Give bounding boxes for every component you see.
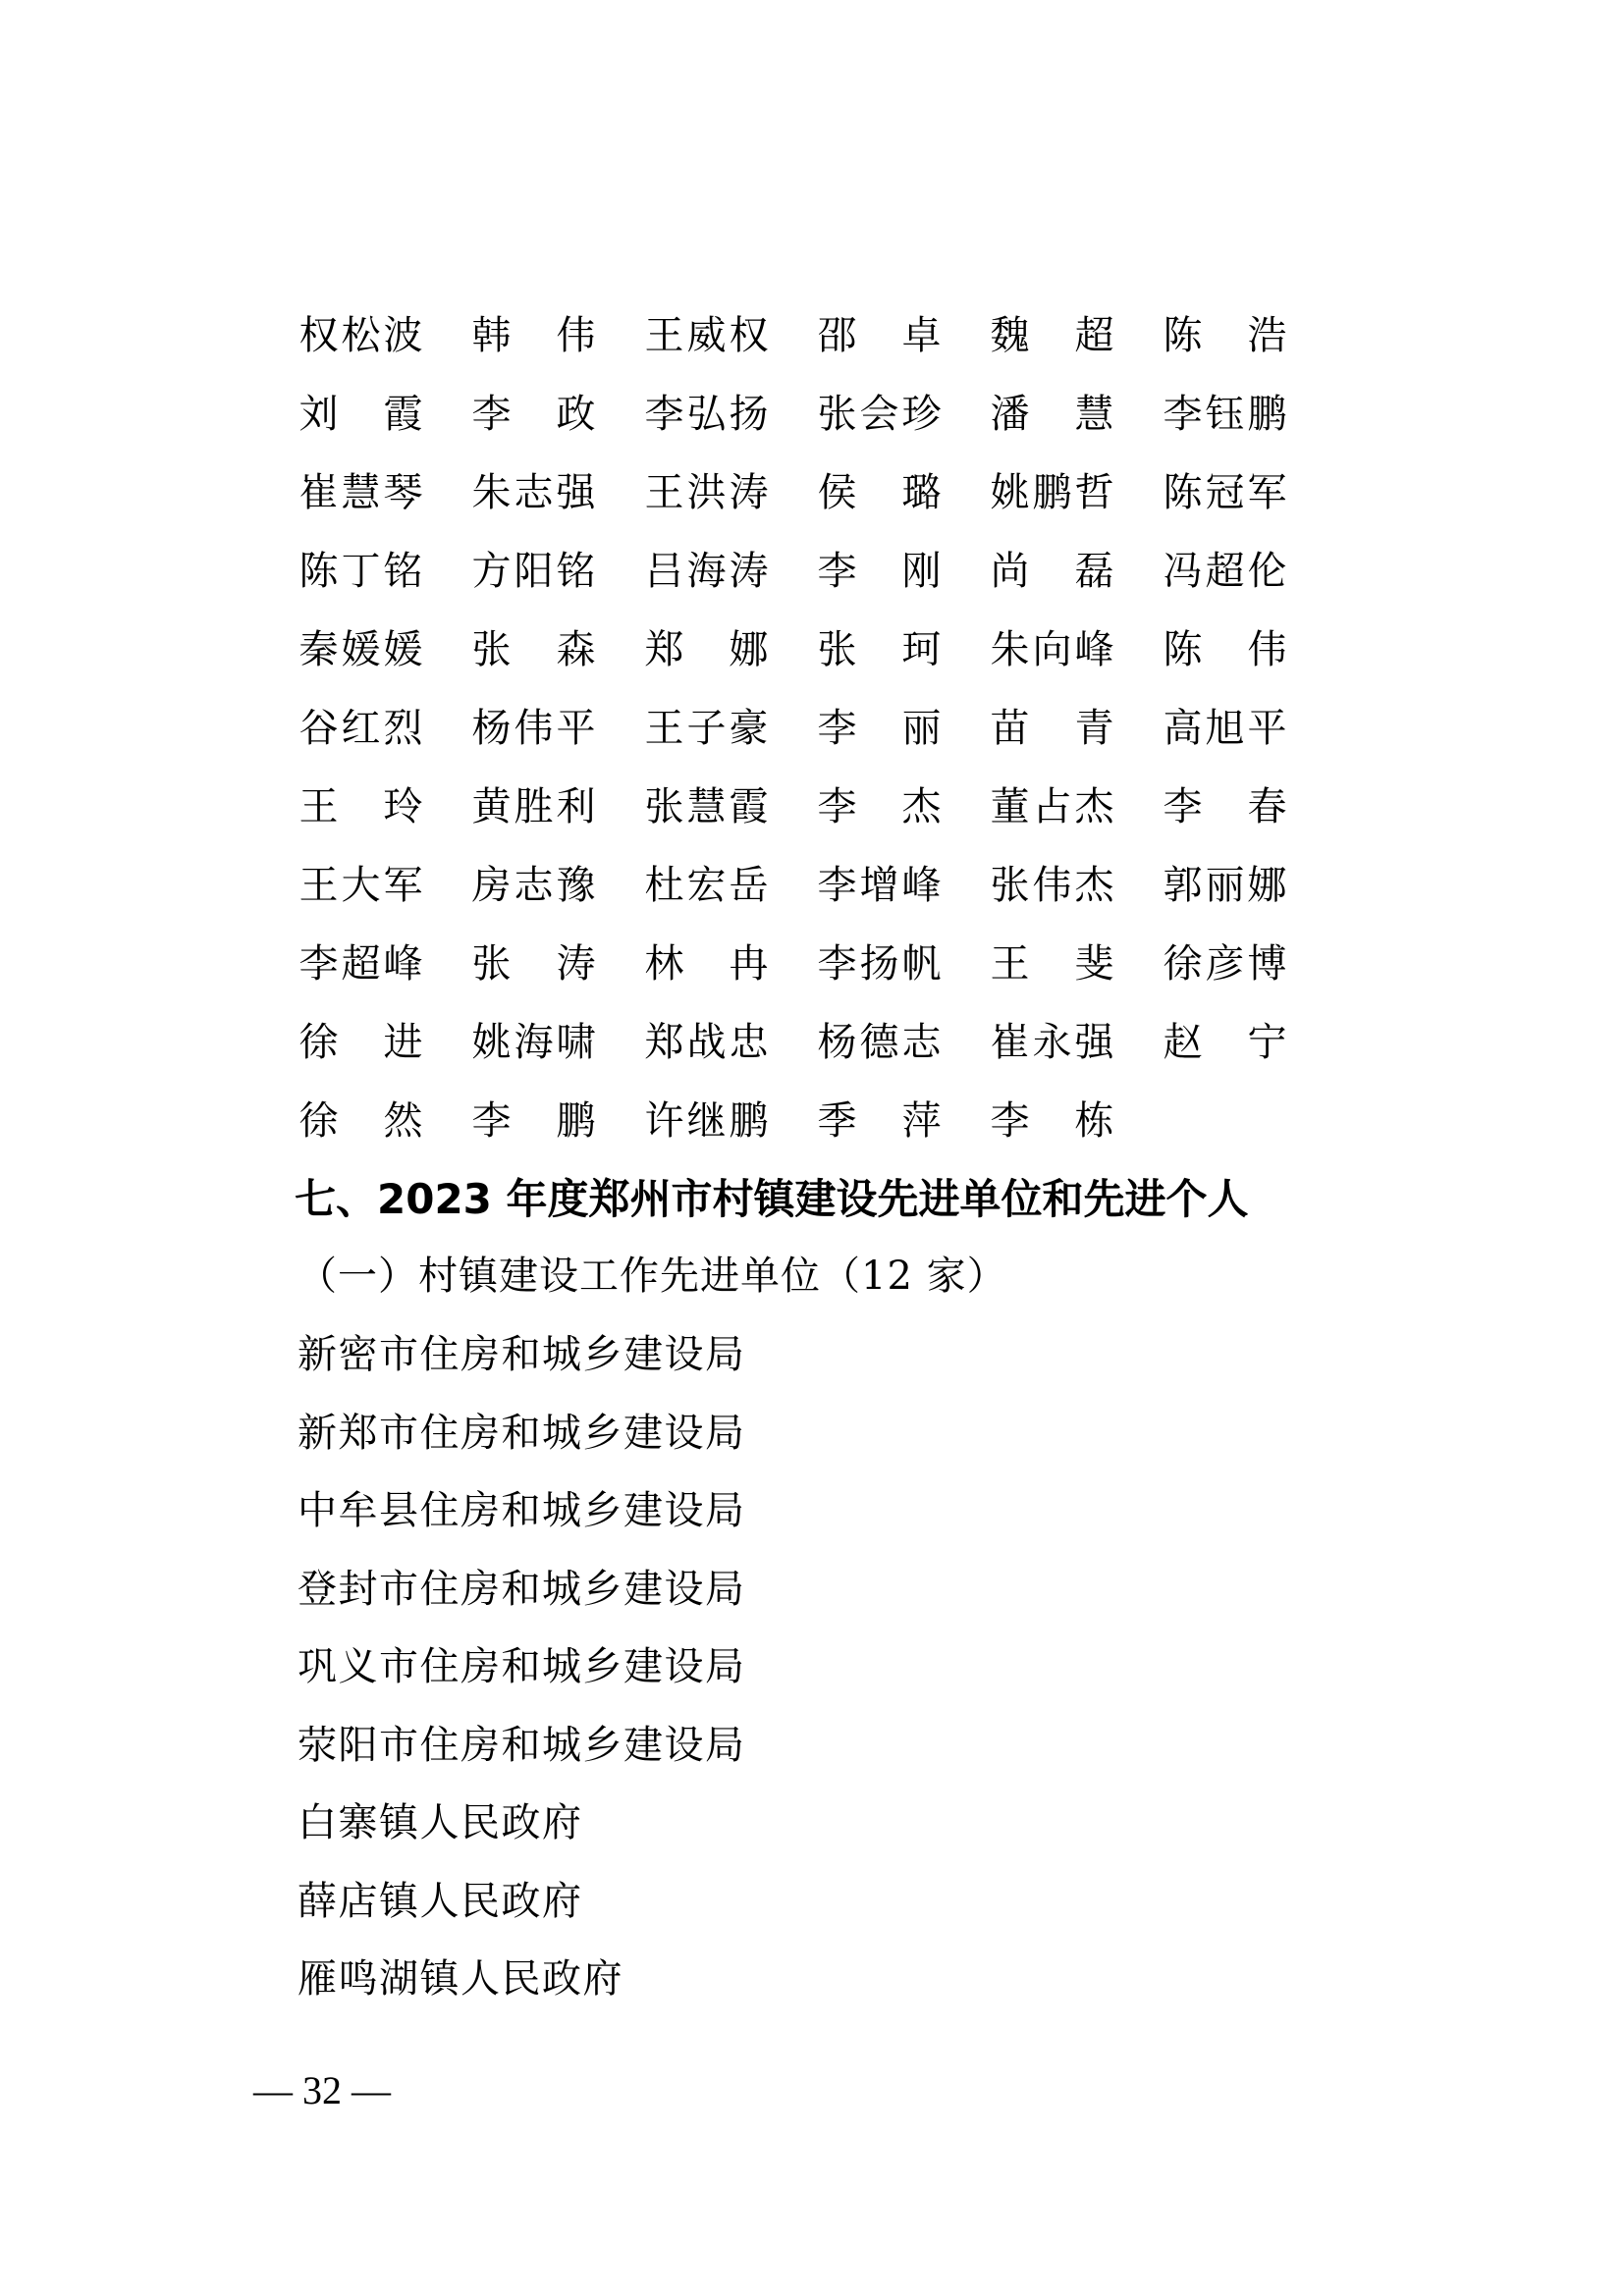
person-name: 尚磊 [989, 542, 1162, 620]
name-row: 崔慧琴朱志强王洪涛侯璐姚鹏哲陈冠军 [298, 463, 1334, 542]
name-row: 刘霞李政李弘扬张会珍潘慧李钰鹏 [298, 385, 1334, 463]
person-name: 陈丁铭 [298, 542, 470, 620]
person-name: 冯超伦 [1162, 542, 1334, 620]
person-name: 董占杰 [989, 777, 1162, 856]
person-name: 王子豪 [643, 699, 816, 777]
person-name: 杜宏岳 [643, 856, 816, 934]
name-row: 徐进姚海啸郑战忠杨德志崔永强赵宁 [298, 1013, 1334, 1092]
organization-item: 新郑市住房和城乡建设局 [298, 1404, 746, 1482]
organization-item: 雁鸣湖镇人民政府 [298, 1949, 746, 2028]
organization-item: 新密市住房和城乡建设局 [298, 1325, 746, 1404]
person-name: 崔慧琴 [298, 463, 470, 542]
person-name: 郑娜 [643, 620, 816, 699]
person-name: 吕海涛 [643, 542, 816, 620]
name-row: 谷红烈杨伟平王子豪李丽苗青高旭平 [298, 699, 1334, 777]
person-name: 许继鹏 [643, 1092, 816, 1170]
person-name: 李春 [1162, 777, 1334, 856]
person-name: 张珂 [816, 620, 989, 699]
person-name: 季萍 [816, 1092, 989, 1170]
person-name: 徐进 [298, 1013, 470, 1092]
document-page: 权松波韩伟王威权邵卓魏超陈浩刘霞李政李弘扬张会珍潘慧李钰鹏崔慧琴朱志强王洪涛侯璐… [0, 0, 1624, 2296]
organization-item: 登封市住房和城乡建设局 [298, 1560, 746, 1638]
person-name: 张森 [470, 620, 643, 699]
person-name: 李扬帆 [816, 934, 989, 1013]
person-name: 苗青 [989, 699, 1162, 777]
organization-item: 中牟县住房和城乡建设局 [298, 1481, 746, 1560]
organization-item: 白寨镇人民政府 [298, 1793, 746, 1872]
person-name: 李刚 [816, 542, 989, 620]
person-name: 姚鹏哲 [989, 463, 1162, 542]
name-row: 徐然李鹏许继鹏季萍李栋 [298, 1092, 1334, 1170]
person-name: 李杰 [816, 777, 989, 856]
person-name: 陈伟 [1162, 620, 1334, 699]
person-name: 杨伟平 [470, 699, 643, 777]
person-name: 崔永强 [989, 1013, 1162, 1092]
person-name: 林冉 [643, 934, 816, 1013]
person-name: 李弘扬 [643, 385, 816, 463]
person-name: 邵卓 [816, 306, 989, 385]
person-name: 姚海啸 [470, 1013, 643, 1092]
person-name: 王玲 [298, 777, 470, 856]
person-name: 郭丽娜 [1162, 856, 1334, 934]
person-name: 权松波 [298, 306, 470, 385]
person-name: 魏超 [989, 306, 1162, 385]
name-list: 权松波韩伟王威权邵卓魏超陈浩刘霞李政李弘扬张会珍潘慧李钰鹏崔慧琴朱志强王洪涛侯璐… [298, 306, 1334, 1170]
organization-item: 荥阳市住房和城乡建设局 [298, 1716, 746, 1794]
organization-item: 巩义市住房和城乡建设局 [298, 1637, 746, 1716]
person-name: 李丽 [816, 699, 989, 777]
person-name: 侯璐 [816, 463, 989, 542]
name-row: 权松波韩伟王威权邵卓魏超陈浩 [298, 306, 1334, 385]
person-name: 赵宁 [1162, 1013, 1334, 1092]
organization-list: 新密市住房和城乡建设局 新郑市住房和城乡建设局 中牟县住房和城乡建设局 登封市住… [298, 1325, 746, 2028]
person-name: 张慧霞 [643, 777, 816, 856]
person-name: 王洪涛 [643, 463, 816, 542]
page-number: — 32 — [253, 2061, 391, 2120]
person-name: 张伟杰 [989, 856, 1162, 934]
person-name: 王大军 [298, 856, 470, 934]
person-name: 李增峰 [816, 856, 989, 934]
person-name: 张涛 [470, 934, 643, 1013]
person-name: 李政 [470, 385, 643, 463]
person-name: 谷红烈 [298, 699, 470, 777]
person-name: 李栋 [989, 1092, 1162, 1170]
person-name: 王斐 [989, 934, 1162, 1013]
person-name: 王威权 [643, 306, 816, 385]
organization-item: 薛店镇人民政府 [298, 1872, 746, 1950]
person-name: 房志豫 [470, 856, 643, 934]
person-name: 徐彦博 [1162, 934, 1334, 1013]
subsection-heading: （一）村镇建设工作先进单位（12 家） [298, 1247, 1007, 1306]
person-name: 高旭平 [1162, 699, 1334, 777]
person-name: 陈冠军 [1162, 463, 1334, 542]
person-name: 李钰鹏 [1162, 385, 1334, 463]
person-name: 郑战忠 [643, 1013, 816, 1092]
name-row: 陈丁铭方阳铭吕海涛李刚尚磊冯超伦 [298, 542, 1334, 620]
person-name: 陈浩 [1162, 306, 1334, 385]
person-name: 李超峰 [298, 934, 470, 1013]
person-name: 秦媛媛 [298, 620, 470, 699]
person-name: 李鹏 [470, 1092, 643, 1170]
name-row: 王大军房志豫杜宏岳李增峰张伟杰郭丽娜 [298, 856, 1334, 934]
person-name: 朱向峰 [989, 620, 1162, 699]
name-row: 秦媛媛张森郑娜张珂朱向峰陈伟 [298, 620, 1334, 699]
person-name: 张会珍 [816, 385, 989, 463]
person-name: 韩伟 [470, 306, 643, 385]
person-name: 刘霞 [298, 385, 470, 463]
name-row: 李超峰张涛林冉李扬帆王斐徐彦博 [298, 934, 1334, 1013]
person-name: 方阳铭 [470, 542, 643, 620]
person-name: 杨德志 [816, 1013, 989, 1092]
name-row: 王玲黄胜利张慧霞李杰董占杰李春 [298, 777, 1334, 856]
section-heading: 七、2023 年度郑州市村镇建设先进单位和先进个人 [295, 1170, 1249, 1229]
person-name: 潘慧 [989, 385, 1162, 463]
person-name: 朱志强 [470, 463, 643, 542]
person-name: 徐然 [298, 1092, 470, 1170]
person-name: 黄胜利 [470, 777, 643, 856]
